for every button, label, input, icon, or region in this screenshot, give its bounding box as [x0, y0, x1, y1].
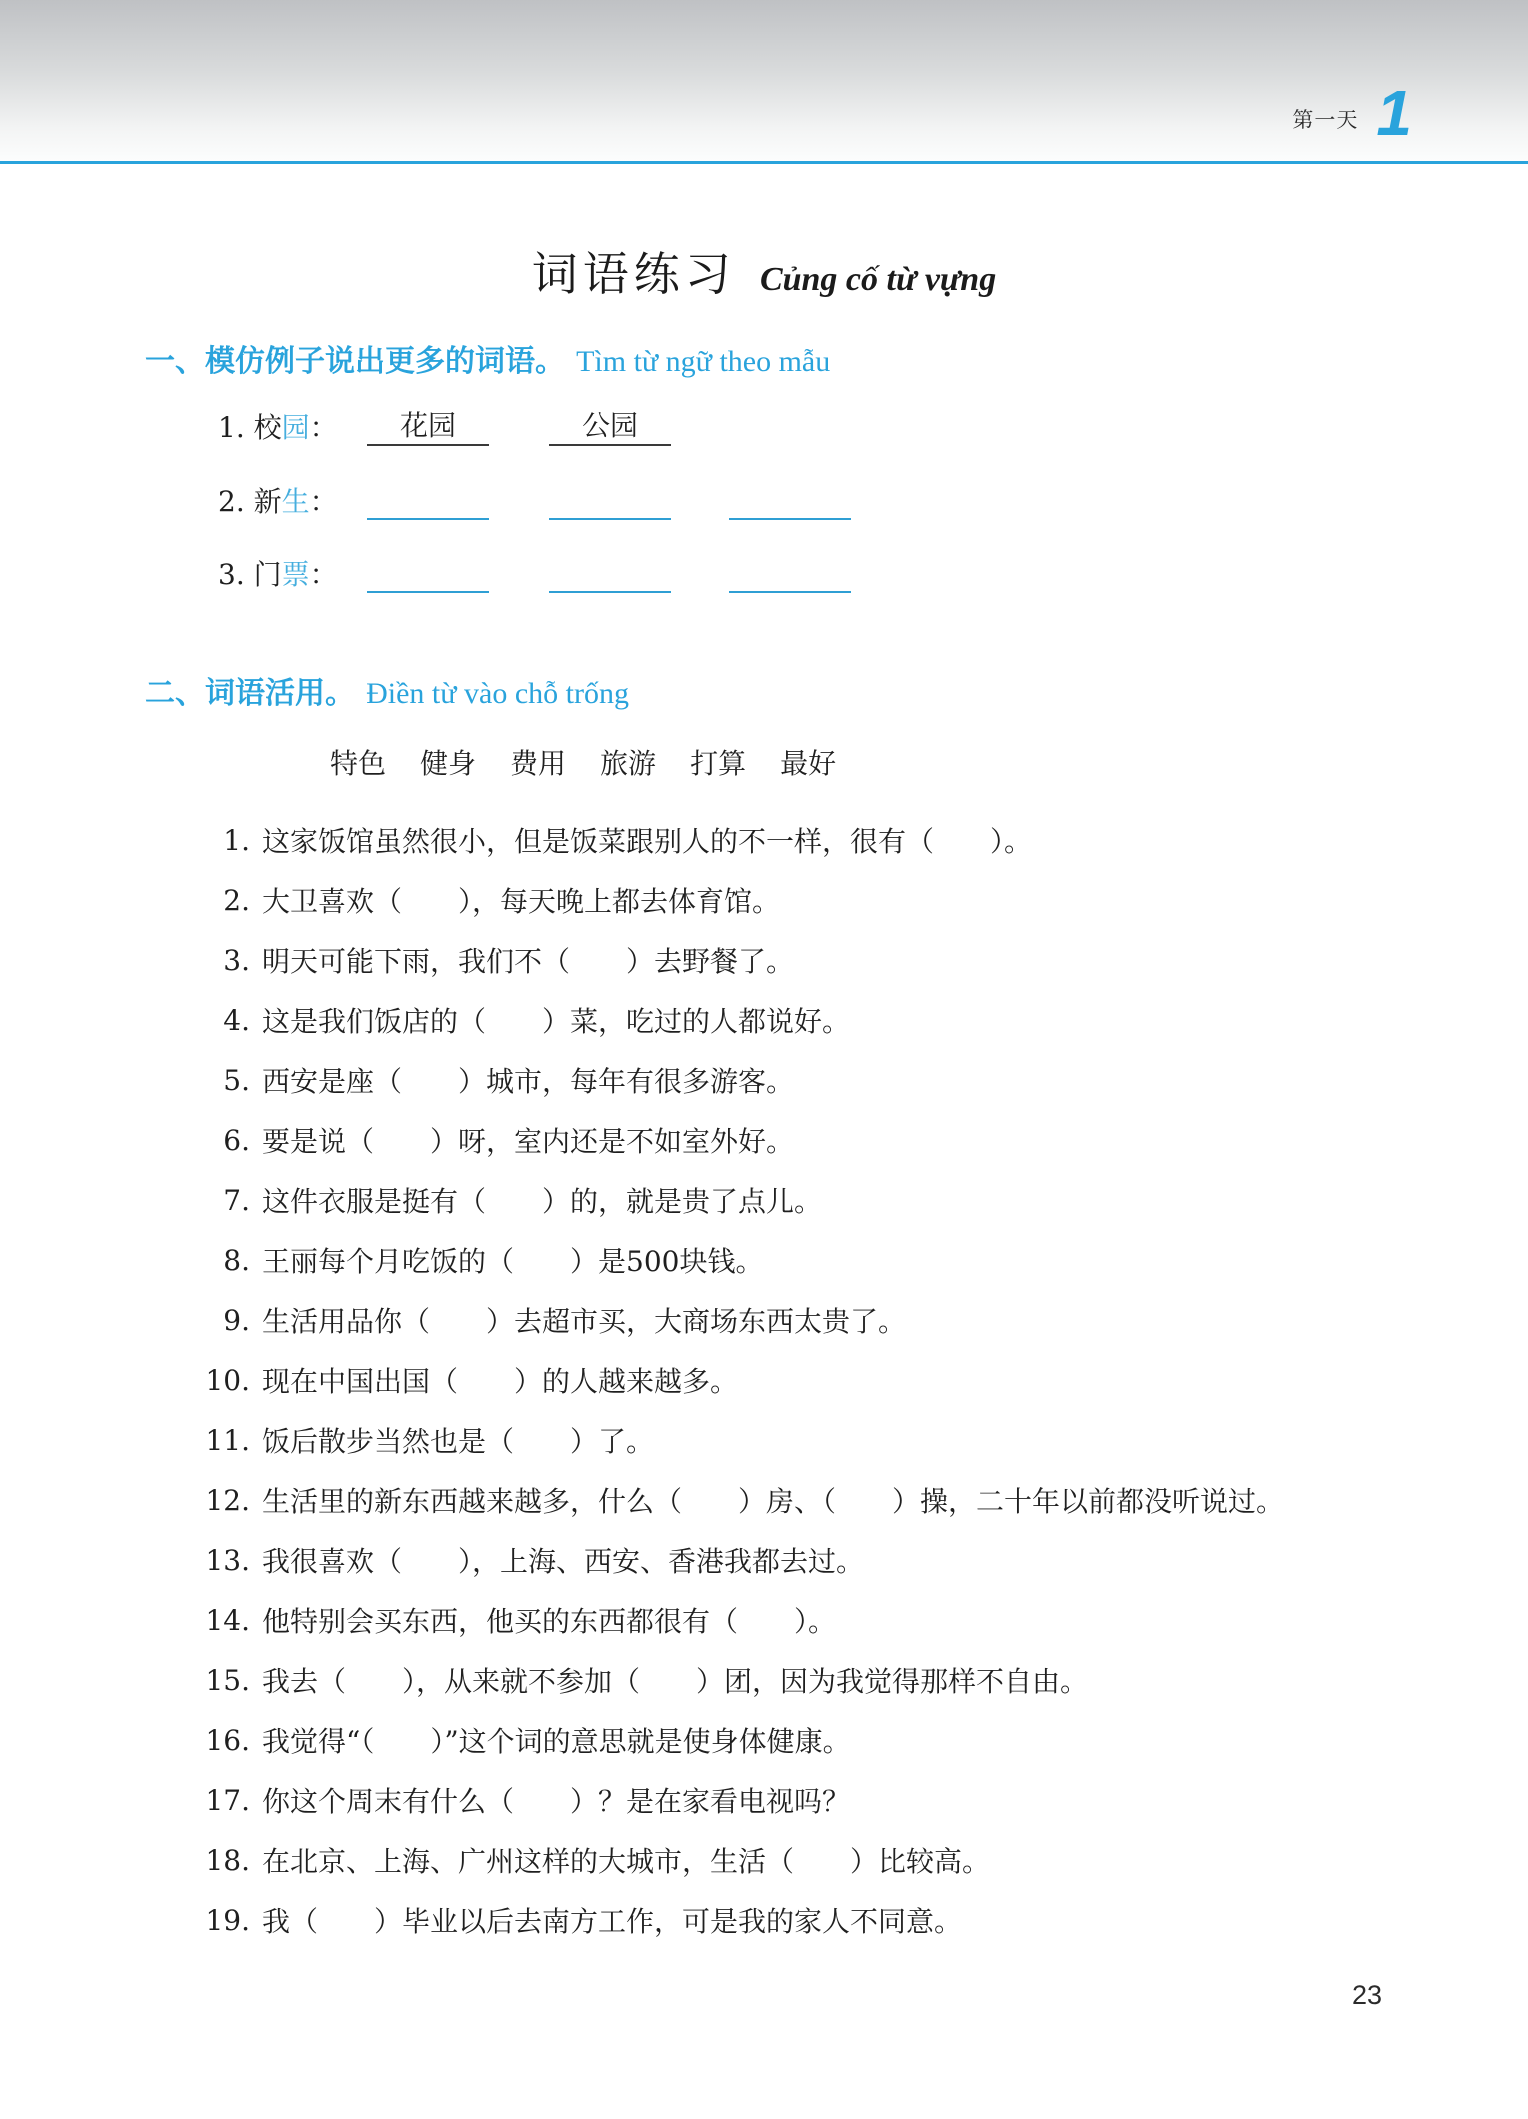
word-item-1-label: 1. 校园： [218, 406, 338, 446]
item-char-blue: 园 [282, 411, 310, 444]
sentence-row: 17. 你这个周末有什么（ ）？是在家看电视吗？ [150, 1770, 1510, 1830]
section1-heading-vi: Tìm từ ngữ theo mẫu [576, 345, 830, 378]
page-title-zh: 词语练习 [532, 247, 736, 301]
item-colon: ： [310, 558, 338, 591]
sentence-number: 15. [150, 1664, 250, 1697]
section2-heading: 二、词语活用。 Điền từ vào chỗ trống [145, 668, 629, 712]
sentence-text: 生活用品你（ ）去超市买，大商场东西太贵了。 [262, 1300, 906, 1340]
sentence-text: 我（ ）毕业以后去南方工作，可是我的家人不同意。 [262, 1900, 962, 1940]
sentence-list: 1. 这家饭馆虽然很小，但是饭菜跟别人的不一样，很有（ ）。 2. 大卫喜欢（ … [150, 810, 1510, 1950]
sentence-text: 他特别会买东西，他买的东西都很有（ ）。 [262, 1600, 836, 1640]
sentence-row: 5. 西安是座（ ）城市，每年有很多游客。 [150, 1050, 1510, 1110]
sentence-text: 这是我们饭店的（ ）菜，吃过的人都说好。 [262, 1000, 850, 1040]
sentence-row: 13. 我很喜欢（ ），上海、西安、香港我都去过。 [150, 1530, 1510, 1590]
answer-blank-empty [549, 482, 671, 520]
word-bank-item: 旅游 [600, 742, 656, 782]
page-title: 词语练习 Củng cố từ vựng [0, 238, 1528, 304]
answer-blank-filled: 花园 [367, 408, 489, 446]
item-char-blue: 票 [282, 558, 310, 591]
sentence-number: 16. [150, 1724, 250, 1757]
word-item-3: 3. 门票： [218, 557, 1218, 593]
item-number: 1. [218, 411, 245, 444]
answer-blank-empty [549, 555, 671, 593]
sentence-row: 16. 我觉得“（ ）”这个词的意思就是使身体健康。 [150, 1710, 1510, 1770]
sentence-row: 7. 这件衣服是挺有（ ）的，就是贵了点儿。 [150, 1170, 1510, 1230]
sentence-row: 19. 我（ ）毕业以后去南方工作，可是我的家人不同意。 [150, 1890, 1510, 1950]
sentence-text: 要是说（ ）呀，室内还是不如室外好。 [262, 1120, 794, 1160]
sentence-text: 王丽每个月吃饭的（ ）是500块钱。 [262, 1240, 763, 1280]
sentence-row: 4. 这是我们饭店的（ ）菜，吃过的人都说好。 [150, 990, 1510, 1050]
answer-blank-empty [729, 482, 851, 520]
word-item-3-label: 3. 门票： [218, 553, 338, 593]
sentence-row: 9. 生活用品你（ ）去超市买，大商场东西太贵了。 [150, 1290, 1510, 1350]
sentence-number: 4. [150, 1004, 250, 1037]
sentence-number: 6. [150, 1124, 250, 1157]
sentence-text: 我很喜欢（ ），上海、西安、香港我都去过。 [262, 1540, 864, 1580]
sentence-row: 10. 现在中国出国（ ）的人越来越多。 [150, 1350, 1510, 1410]
workbook-page: 第一天 1 词语练习 Củng cố từ vựng 一、模仿例子说出更多的词语… [0, 0, 1528, 2119]
sentence-number: 13. [150, 1544, 250, 1577]
item-char-black: 新 [254, 485, 282, 518]
sentence-text: 这件衣服是挺有（ ）的，就是贵了点儿。 [262, 1180, 822, 1220]
sentence-text: 明天可能下雨，我们不（ ）去野餐了。 [262, 940, 794, 980]
header-day: 第一天 1 [1292, 84, 1412, 143]
sentence-number: 18. [150, 1844, 250, 1877]
sentence-number: 5. [150, 1064, 250, 1097]
sentence-number: 19. [150, 1904, 250, 1937]
sentence-text: 在北京、上海、广州这样的大城市，生活（ ）比较高。 [262, 1840, 990, 1880]
day-label: 第一天 [1292, 104, 1358, 143]
answer-blank-filled: 公园 [549, 408, 671, 446]
sentence-text: 这家饭馆虽然很小，但是饭菜跟别人的不一样，很有（ ）。 [262, 820, 1032, 860]
sentence-number: 2. [150, 884, 250, 917]
word-item-2: 2. 新生： [218, 484, 1218, 520]
word-bank-item: 打算 [690, 742, 746, 782]
word-bank-item: 特色 [330, 742, 386, 782]
sentence-text: 你这个周末有什么（ ）？是在家看电视吗？ [262, 1780, 850, 1820]
sentence-row: 12. 生活里的新东西越来越多，什么（ ）房、（ ）操，二十年以前都没听说过。 [150, 1470, 1510, 1530]
answer-blank-empty [367, 482, 489, 520]
day-number: 1 [1376, 84, 1412, 143]
item-colon: ： [310, 485, 338, 518]
sentence-row: 15. 我去（ ），从来就不参加（ ）团，因为我觉得那样不自由。 [150, 1650, 1510, 1710]
sentence-number: 17. [150, 1784, 250, 1817]
sentence-number: 14. [150, 1604, 250, 1637]
sentence-row: 8. 王丽每个月吃饭的（ ）是500块钱。 [150, 1230, 1510, 1290]
answer-blank-empty [729, 555, 851, 593]
sentence-text: 我去（ ），从来就不参加（ ）团，因为我觉得那样不自由。 [262, 1660, 1088, 1700]
sentence-number: 12. [150, 1484, 250, 1517]
sentence-number: 1. [150, 824, 250, 857]
sentence-number: 11. [150, 1424, 250, 1457]
item-number: 3. [218, 558, 245, 591]
item-char-black: 门 [254, 558, 282, 591]
section1-heading-zh: 一、模仿例子说出更多的词语。 [145, 345, 565, 378]
word-bank-item: 最好 [780, 742, 836, 782]
sentence-number: 3. [150, 944, 250, 977]
sentence-text: 大卫喜欢（ ），每天晚上都去体育馆。 [262, 880, 780, 920]
page-number: 23 [1352, 1980, 1382, 2011]
sentence-row: 11. 饭后散步当然也是（ ）了。 [150, 1410, 1510, 1470]
sentence-number: 8. [150, 1244, 250, 1277]
sentence-number: 9. [150, 1304, 250, 1337]
header-rule-divider [0, 161, 1528, 164]
word-item-2-label: 2. 新生： [218, 480, 338, 520]
sentence-row: 1. 这家饭馆虽然很小，但是饭菜跟别人的不一样，很有（ ）。 [150, 810, 1510, 870]
answer-text: 公园 [549, 408, 671, 444]
page-title-vi: Củng cố từ vựng [760, 261, 996, 298]
answer-text: 花园 [367, 408, 489, 444]
item-char-blue: 生 [282, 485, 310, 518]
section2-heading-zh: 二、词语活用。 [145, 677, 355, 710]
answer-blank-empty [367, 555, 489, 593]
sentence-number: 7. [150, 1184, 250, 1217]
item-number: 2. [218, 485, 245, 518]
item-colon: ： [310, 411, 338, 444]
sentence-row: 6. 要是说（ ）呀，室内还是不如室外好。 [150, 1110, 1510, 1170]
sentence-text: 我觉得“（ ）”这个词的意思就是使身体健康。 [262, 1720, 851, 1760]
sentence-row: 18. 在北京、上海、广州这样的大城市，生活（ ）比较高。 [150, 1830, 1510, 1890]
sentence-text: 饭后散步当然也是（ ）了。 [262, 1420, 654, 1460]
sentence-text: 生活里的新东西越来越多，什么（ ）房、（ ）操，二十年以前都没听说过。 [262, 1480, 1284, 1520]
word-bank-item: 健身 [420, 742, 476, 782]
word-bank: 特色 健身 费用 旅游 打算 最好 [330, 742, 836, 782]
sentence-text: 西安是座（ ）城市，每年有很多游客。 [262, 1060, 794, 1100]
sentence-text: 现在中国出国（ ）的人越来越多。 [262, 1360, 738, 1400]
sentence-row: 14. 他特别会买东西，他买的东西都很有（ ）。 [150, 1590, 1510, 1650]
sentence-number: 10. [150, 1364, 250, 1397]
sentence-row: 2. 大卫喜欢（ ），每天晚上都去体育馆。 [150, 870, 1510, 930]
section1-heading: 一、模仿例子说出更多的词语。 Tìm từ ngữ theo mẫu [145, 336, 830, 380]
word-item-1: 1. 校园： 花园 公园 [218, 410, 1218, 446]
sentence-row: 3. 明天可能下雨，我们不（ ）去野餐了。 [150, 930, 1510, 990]
section2-heading-vi: Điền từ vào chỗ trống [366, 677, 629, 710]
word-bank-item: 费用 [510, 742, 566, 782]
item-char-black: 校 [254, 411, 282, 444]
